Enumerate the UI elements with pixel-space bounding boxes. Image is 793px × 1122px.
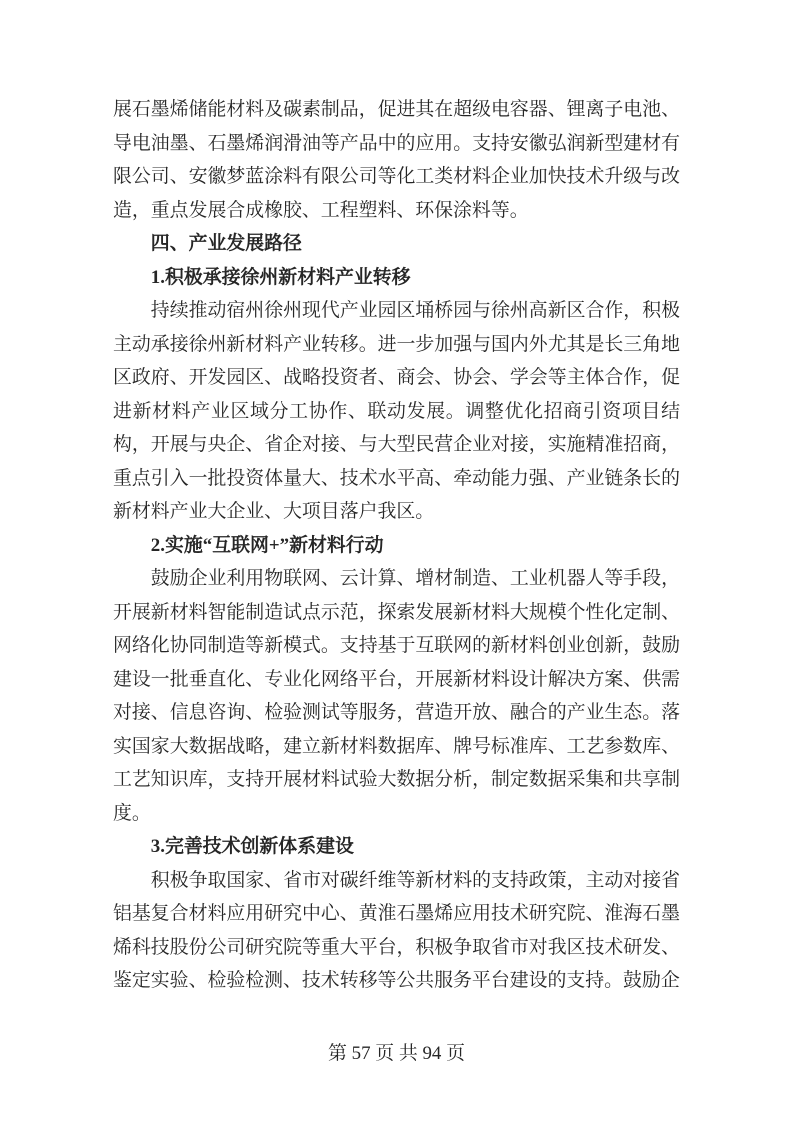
section-heading-4: 四、产业发展路径 [113, 227, 680, 261]
document-body: 展石墨烯储能材料及碳素制品，促进其在超级电容器、锂离子电池、导电油墨、石墨烯润滑… [113, 93, 680, 998]
paragraph-internet-plus: 鼓励企业利用物联网、云计算、增材制造、工业机器人等手段，开展新材料智能制造试点示… [113, 562, 680, 830]
document-page: 展石墨烯储能材料及碳素制品，促进其在超级电容器、锂离子电池、导电油墨、石墨烯润滑… [0, 0, 793, 1122]
paragraph-continuation: 展石墨烯储能材料及碳素制品，促进其在超级电容器、锂离子电池、导电油墨、石墨烯润滑… [113, 93, 680, 227]
subsection-heading-2: 2.实施“互联网+”新材料行动 [113, 529, 680, 563]
page-number-footer: 第 57 页 共 94 页 [0, 1040, 793, 1068]
subsection-heading-3: 3.完善技术创新体系建设 [113, 830, 680, 864]
paragraph-industry-transfer: 持续推动宿州徐州现代产业园区埇桥园与徐州高新区合作，积极主动承接徐州新材料产业转… [113, 294, 680, 529]
subsection-heading-1: 1.积极承接徐州新材料产业转移 [113, 261, 680, 295]
paragraph-innovation-system: 积极争取国家、省市对碳纤维等新材料的支持政策，主动对接省铝基复合材料应用研究中心… [113, 864, 680, 998]
